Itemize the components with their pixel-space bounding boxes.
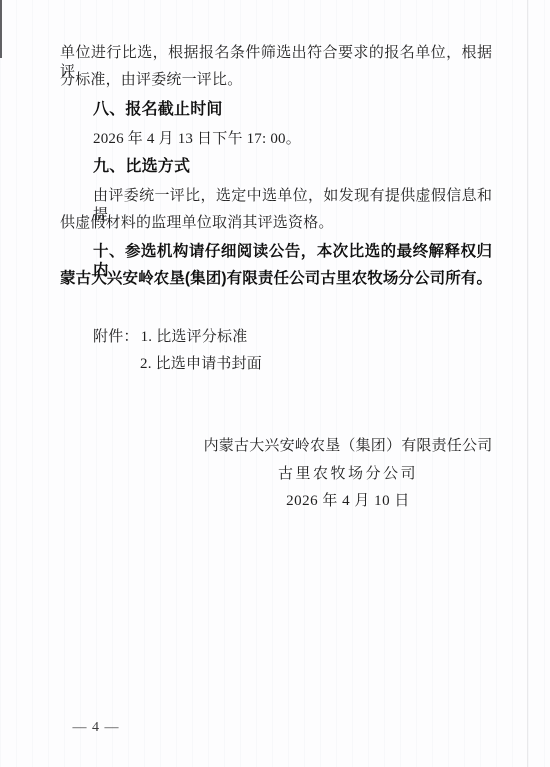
signature-block: 内蒙古大兴安岭农垦（集团）有限责任公司 古里农牧场分公司 2026 年 4 月 …: [203, 437, 493, 511]
attachments-label: 附件：: [93, 328, 139, 347]
signature-company: 内蒙古大兴安岭农垦（集团）有限责任公司: [203, 437, 493, 456]
section-8-heading: 八、报名截止时间: [93, 100, 223, 119]
section-9-heading: 九、比选方式: [93, 157, 190, 176]
scan-artifact-right-line: [527, 0, 528, 767]
signature-branch: 古里农牧场分公司: [203, 465, 493, 484]
attachments-row: 附件： 1. 比选评分标准: [93, 328, 247, 347]
document-page: 单位进行比选，根据报名条件筛选出符合要求的报名单位，根据评 分标准，由评委统一评…: [0, 0, 550, 767]
attachment-item-1: 1. 比选评分标准: [141, 328, 248, 347]
body-line-intro-2: 分标准，由评委统一评比。: [60, 71, 242, 90]
signature-date: 2026 年 4 月 10 日: [203, 492, 493, 511]
section-9-line-2: 供虚假材料的监理单位取消其评选资格。: [60, 214, 334, 233]
attachment-item-2: 2. 比选申请书封面: [140, 355, 262, 374]
section-10-line-2: 蒙古大兴安岭农垦(集团)有限责任公司古里农牧场分公司所有。: [60, 269, 492, 288]
scan-artifact-left-edge: [0, 0, 2, 58]
page-number: — 4 —: [58, 720, 134, 736]
section-8-deadline: 2026 年 4 月 13 日下午 17: 00。: [93, 130, 301, 149]
